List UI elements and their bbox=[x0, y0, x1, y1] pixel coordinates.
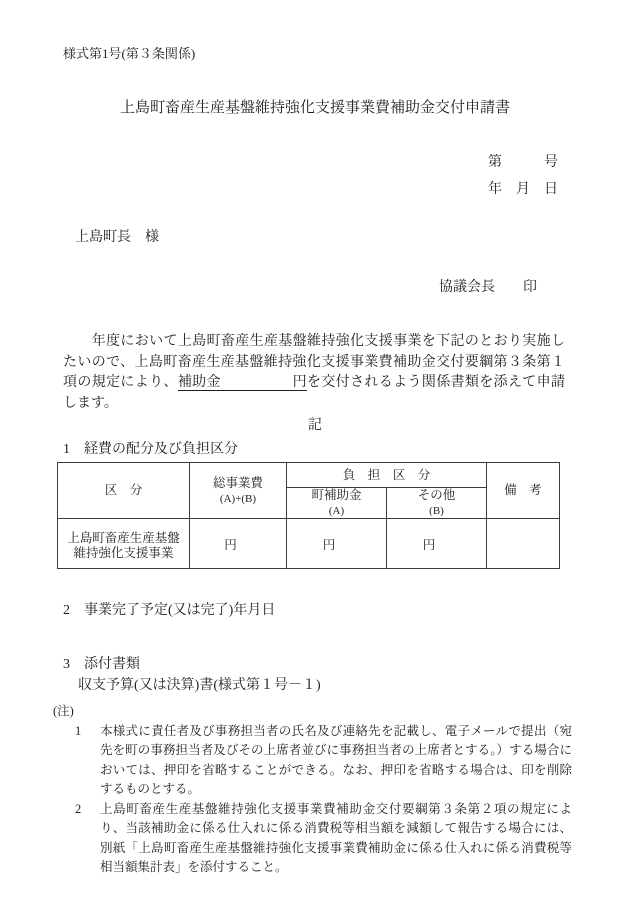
note-text: 上島町畜産生産基盤維持強化支援事業費補助金交付要綱第３条第２項の規定により、当該… bbox=[100, 800, 572, 878]
remarks-value-cell bbox=[487, 519, 560, 569]
section2-heading: 2 事業完了予定(又は完了)年月日 bbox=[63, 601, 630, 621]
attachment-item: 収支予算(又は決算)書(様式第１号－１) bbox=[78, 676, 630, 696]
document-title: 上島町畜産生産基盤維持強化支援事業費補助金交付申請書 bbox=[0, 98, 630, 119]
header-cell-burden-category: 負 担 区 分 bbox=[287, 463, 487, 488]
note-number: 1 bbox=[75, 722, 100, 800]
record-marker: 記 bbox=[0, 416, 630, 436]
header-cell-total-cost: 総事業費(A)+(B) bbox=[190, 463, 287, 519]
application-form-page: 様式第1号(第３条関係) 上島町畜産生産基盤維持強化支援事業費補助金交付申請書 … bbox=[0, 0, 630, 903]
header-cell-category: 区 分 bbox=[58, 463, 190, 519]
total-cost-value-cell: 円 bbox=[190, 519, 287, 569]
note-number: 2 bbox=[75, 800, 100, 878]
other-label: その他 bbox=[418, 488, 456, 502]
project-name-cell: 上島町畜産生産基盤維持強化支援事業 bbox=[58, 519, 190, 569]
town-subsidy-label: 町補助金 bbox=[311, 488, 361, 502]
note-item: 2 上島町畜産生産基盤維持強化支援事業費補助金交付要綱第３条第２項の規定により、… bbox=[53, 800, 572, 878]
document-date-line: 年 月 日 bbox=[0, 180, 558, 200]
notes-section: (注) 1 本様式に責任者及び事務担当者の氏名及び連絡先を記載し、電子メールで提… bbox=[53, 702, 572, 878]
application-paragraph: 年度において上島町畜産生産基盤維持強化支援事業を下記のとおり実施したいので、上島… bbox=[63, 332, 565, 414]
section3-heading: 3 添付書類 bbox=[63, 655, 630, 675]
addressee-line: 上島町長 様 bbox=[75, 228, 630, 248]
other-code: (B) bbox=[429, 505, 444, 517]
town-subsidy-value-cell: 円 bbox=[287, 519, 387, 569]
total-cost-formula: (A)+(B) bbox=[220, 493, 256, 505]
section1-heading: 1 経費の配分及び負担区分 bbox=[63, 440, 630, 460]
total-cost-label: 総事業費 bbox=[213, 476, 263, 490]
town-subsidy-code: (A) bbox=[329, 505, 344, 517]
header-cell-town-subsidy: 町補助金(A) bbox=[287, 488, 387, 519]
notes-label: (注) bbox=[53, 702, 572, 722]
header-cell-remarks: 備 考 bbox=[487, 463, 560, 519]
other-value-cell: 円 bbox=[387, 519, 487, 569]
form-number: 様式第1号(第３条関係) bbox=[63, 45, 630, 63]
table-row: 上島町畜産生産基盤維持強化支援事業 円 円 円 bbox=[58, 519, 560, 569]
note-text: 本様式に責任者及び事務担当者の氏名及び連絡先を記載し、電子メールで提出（宛先を町… bbox=[100, 722, 572, 800]
subsidy-amount-blank: 補助金 円 bbox=[178, 375, 307, 391]
note-item: 1 本様式に責任者及び事務担当者の氏名及び連絡先を記載し、電子メールで提出（宛先… bbox=[53, 722, 572, 800]
signer-seal-line: 協議会長 印 bbox=[0, 278, 537, 298]
cost-allocation-table: 区 分 総事業費(A)+(B) 負 担 区 分 備 考 町補助金(A) その他(… bbox=[57, 462, 560, 569]
header-cell-other: その他(B) bbox=[387, 488, 487, 519]
document-number-line: 第 号 bbox=[0, 153, 558, 173]
